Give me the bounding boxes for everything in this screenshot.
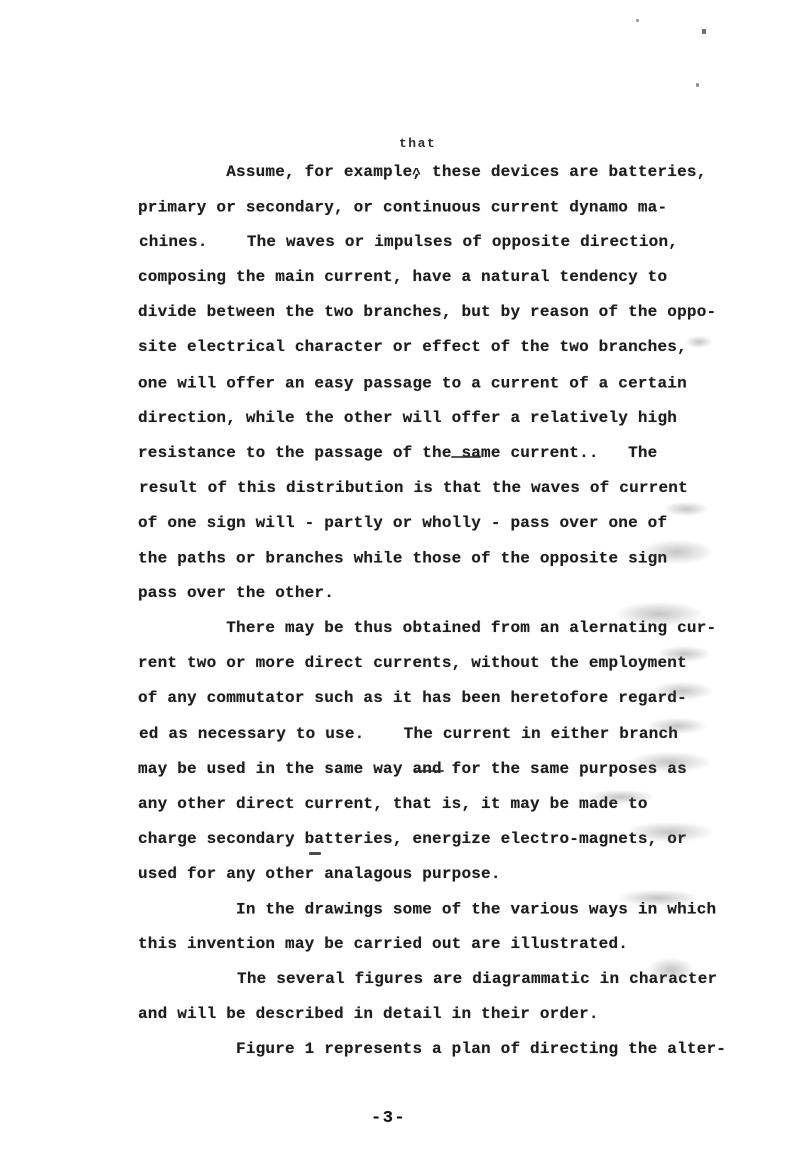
ink-smudge (686, 336, 712, 348)
ink-smudge (658, 646, 710, 662)
text-line: Figure 1 represents a plan of directing … (138, 1032, 778, 1067)
text-line: Assume, for example, these devices are b… (138, 155, 778, 190)
ink-smudge (664, 502, 708, 516)
text-line: resistance to the passage of the same cu… (138, 436, 778, 471)
dash-mark (309, 852, 321, 855)
ink-smudge (618, 890, 698, 906)
insertion-caret-icon: ^ (412, 166, 421, 183)
text-line: site electrical character or effect of t… (138, 330, 778, 365)
text-line: this invention may be carried out are il… (138, 927, 778, 962)
text-line: primary or secondary, or continuous curr… (138, 191, 778, 226)
text-line: result of this distribution is that the … (139, 471, 779, 506)
text-line: and will be described in detail in their… (138, 997, 778, 1032)
text-line: any other direct current, that is, it ma… (138, 787, 778, 822)
ink-smudge (648, 958, 694, 982)
text-line: composing the main current, have a natur… (138, 260, 778, 295)
ink-speck (702, 29, 706, 34)
ink-smudge (630, 752, 710, 772)
ink-smudge (616, 602, 702, 626)
ink-smudge (652, 682, 712, 700)
underline-mark (416, 770, 444, 772)
ink-speck (636, 19, 639, 22)
text-line: one will offer an easy passage to a curr… (138, 366, 778, 401)
inserted-word: that (399, 136, 436, 151)
text-line: direction, while the other will offer a … (138, 401, 778, 436)
scanned-document-page: Assume, for example, these devices are b… (0, 0, 807, 1158)
page-number: -3- (371, 1109, 406, 1128)
ink-smudge (588, 790, 654, 804)
text-line: chines. The waves or impulses of opposit… (139, 225, 779, 260)
text-line: used for any other analagous purpose. (138, 857, 778, 892)
ink-smudge (628, 822, 712, 842)
underline-mark (451, 456, 481, 458)
text-line: divide between the two branches, but by … (138, 295, 778, 330)
ink-smudge (642, 540, 712, 564)
ink-speck (696, 83, 699, 87)
ink-smudge (648, 718, 706, 734)
